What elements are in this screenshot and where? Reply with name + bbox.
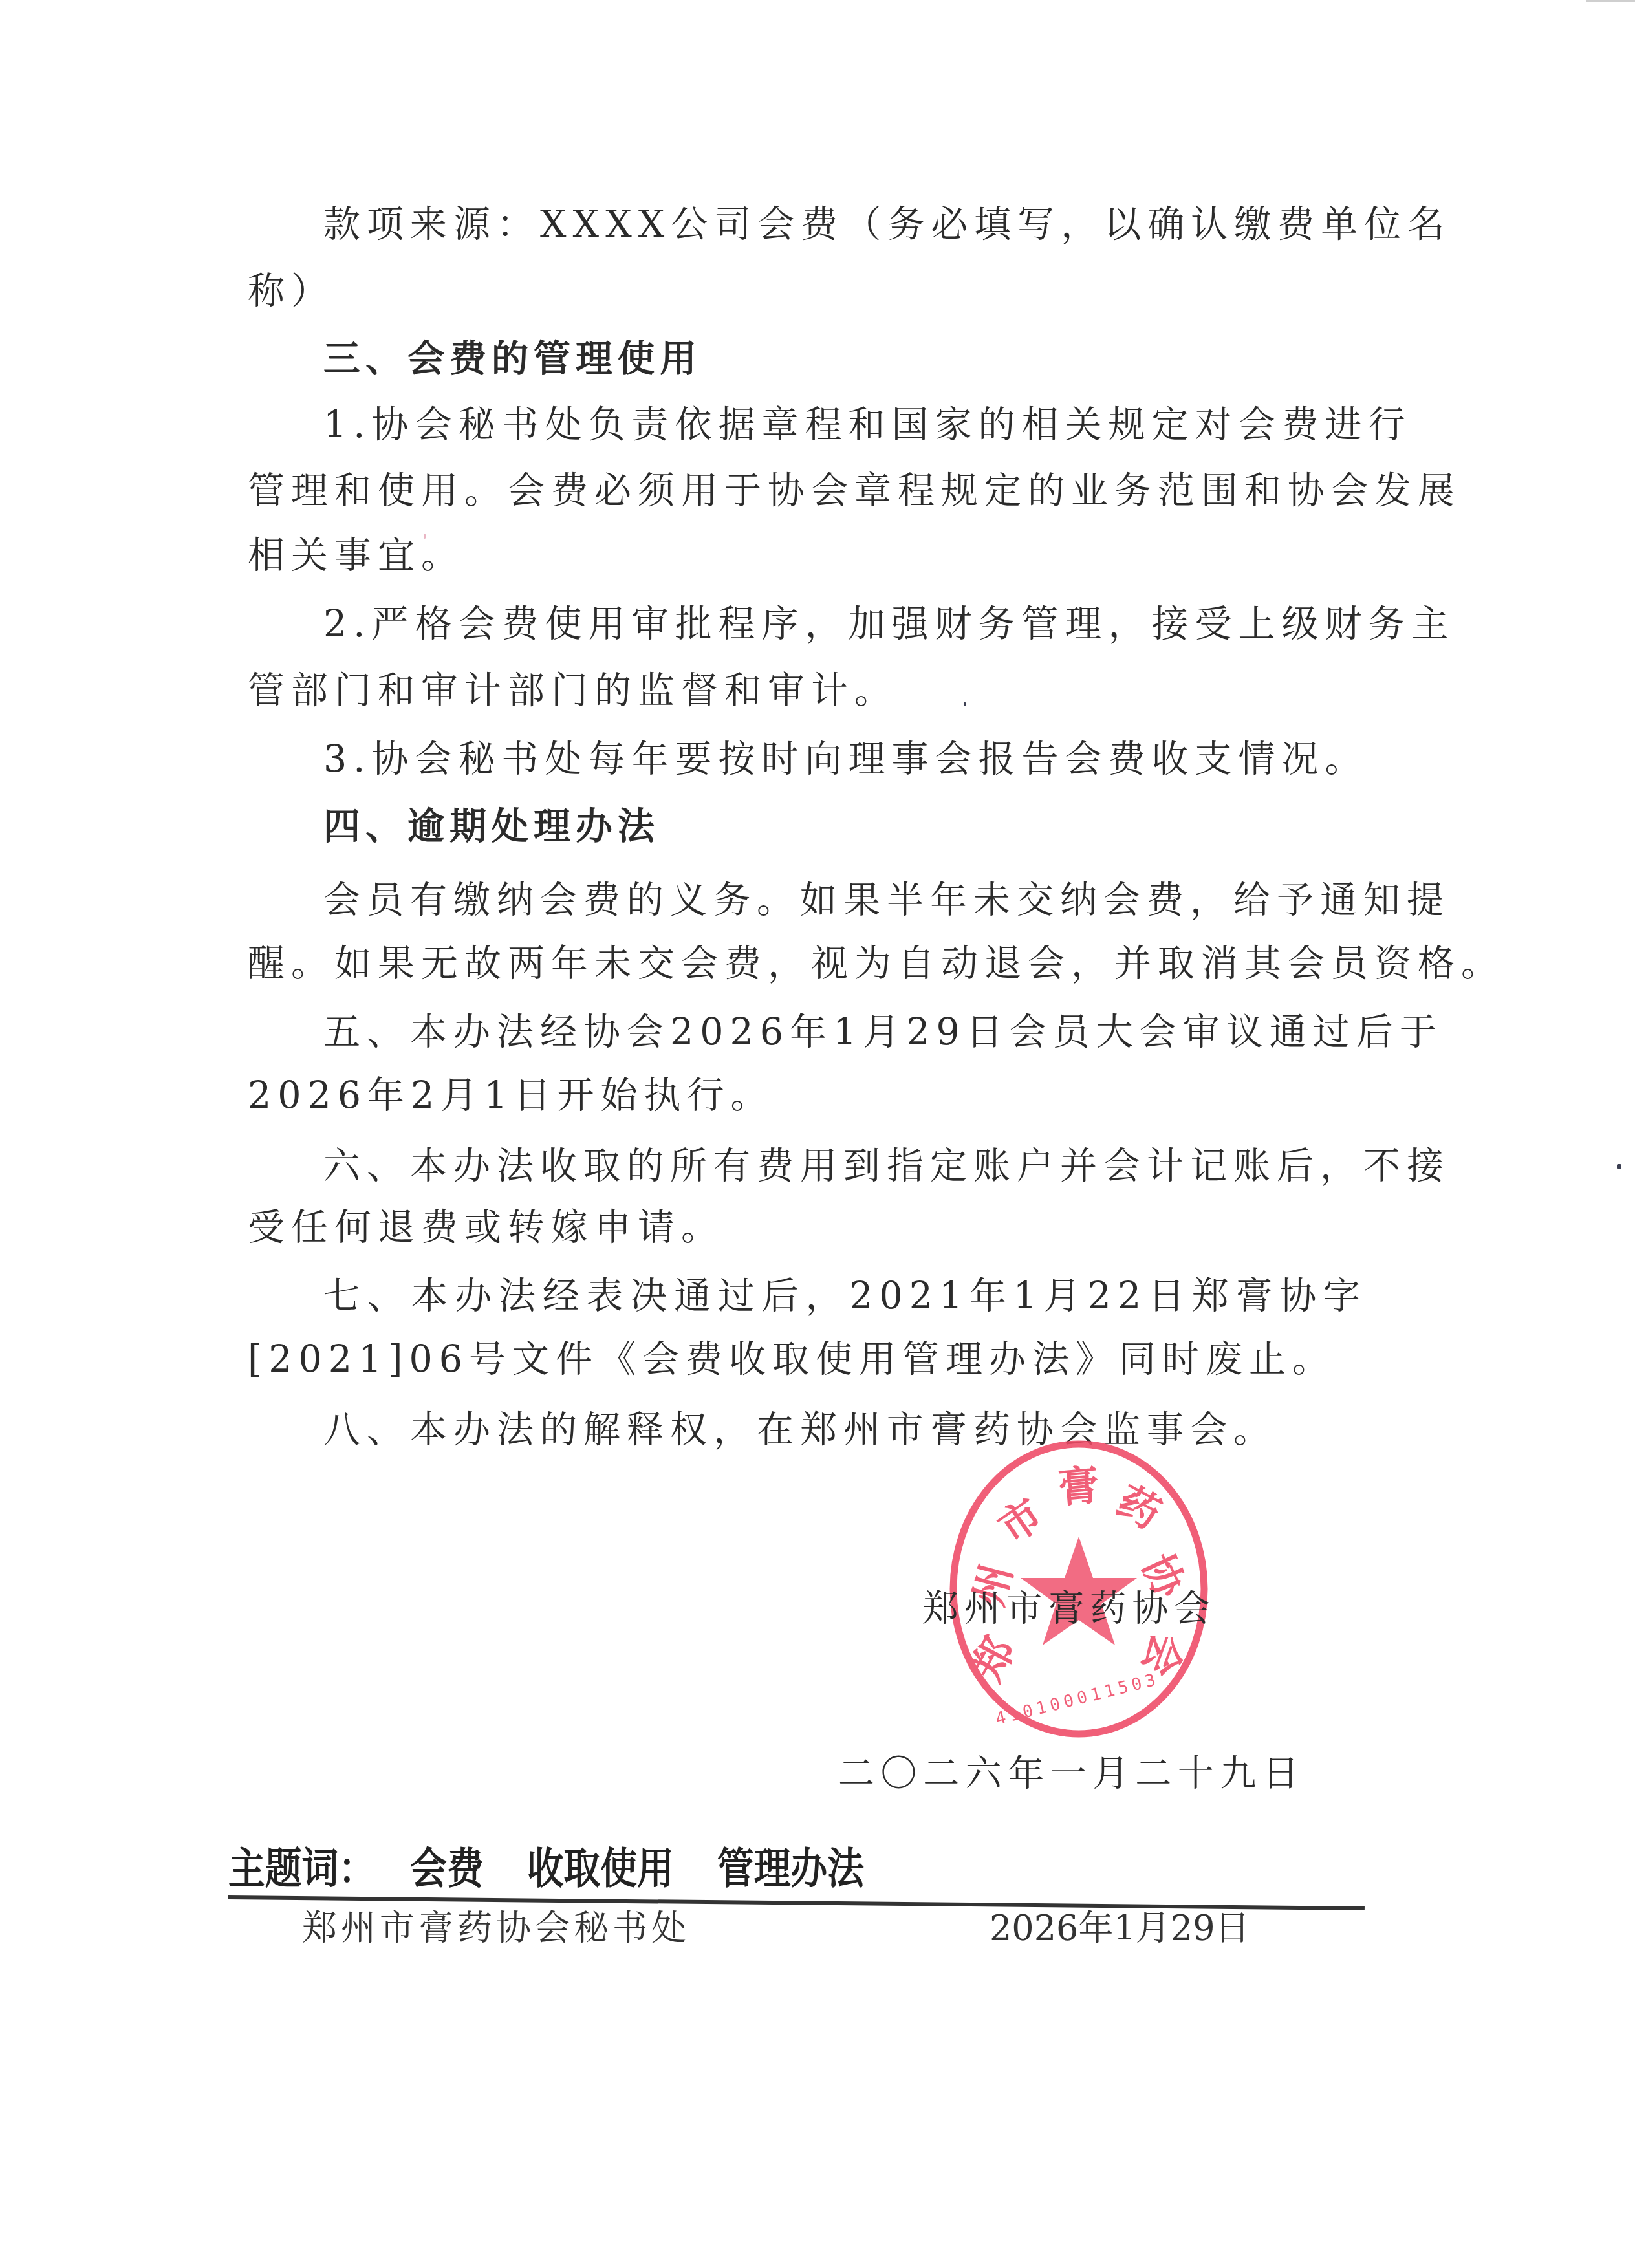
issuer: 郑州市膏药协会秘书处 xyxy=(302,1908,690,1949)
body-line: 管理和使用。会费必须用于协会章程规定的业务范围和协会发展 xyxy=(248,468,1367,513)
signature-organization: 郑州市膏药协会 xyxy=(922,1586,1213,1632)
keyword: 收取使用 xyxy=(527,1844,674,1894)
body-line: 款项来源：XXXX公司会费（务必填写，以确认缴费单位名 xyxy=(323,202,1367,247)
body-line: 五、本办法经协会2026年1月29日会员大会审议通过后于 xyxy=(323,1010,1367,1055)
body-line: [2021]06号文件《会费收取使用管理办法》同时废止。 xyxy=(248,1337,1367,1382)
body-line: 七、本办法经表决通过后，2021年1月22日郑膏协字 xyxy=(323,1273,1367,1319)
svg-text:郑: 郑 xyxy=(963,1630,1024,1689)
body-line: 会员有缴纳会费的义务。如果半年未交纳会费，给予通知提 xyxy=(323,878,1367,923)
svg-text:药: 药 xyxy=(1109,1477,1167,1539)
body-line: 六、本办法收取的所有费用到指定账户并会计记账后，不接 xyxy=(323,1143,1367,1189)
issue-date: 2026年1月29日 xyxy=(990,1908,1250,1949)
keywords-label: 主题词： xyxy=(228,1844,375,1894)
section-heading: 三、会费的管理使用 xyxy=(323,336,1367,382)
body-line: 称） xyxy=(248,268,1367,314)
svg-text:市: 市 xyxy=(990,1490,1052,1553)
body-line: 1.协会秘书处负责依据章程和国家的相关规定对会费进行 xyxy=(323,402,1367,448)
scan-page-edge xyxy=(1586,0,1635,2268)
body-line: 受任何退费或转嫁申请。 xyxy=(248,1205,1367,1250)
body-line: 管部门和审计部门的监督和审计。 xyxy=(248,668,1367,713)
body-line: 2026年2月1日开始执行。 xyxy=(248,1073,1367,1118)
signature-date: 二〇二六年一月二十九日 xyxy=(838,1751,1299,1797)
scan-speck xyxy=(1617,1164,1621,1169)
subject-keywords: 主题词： 会费 收取使用 管理办法 xyxy=(228,1844,894,1894)
keyword: 会费 xyxy=(410,1844,484,1894)
scan-speck xyxy=(964,702,966,706)
body-line: 醒。如果无故两年未交会费，视为自动退会，并取消其会员资格。 xyxy=(248,941,1367,986)
body-line: 相关事宜。 xyxy=(248,533,1367,578)
keyword: 管理办法 xyxy=(717,1844,864,1894)
scan-speck xyxy=(424,534,426,539)
body-line: 3.协会秘书处每年要按时向理事会报告会费收支情况。 xyxy=(323,737,1367,782)
body-line: 八、本办法的解释权，在郑州市膏药协会监事会。 xyxy=(323,1407,1367,1453)
section-heading: 四、逾期处理办法 xyxy=(323,804,1367,849)
svg-text:膏: 膏 xyxy=(1056,1462,1101,1513)
body-line: 2.严格会费使用审批程序，加强财务管理，接受上级财务主 xyxy=(323,601,1367,647)
